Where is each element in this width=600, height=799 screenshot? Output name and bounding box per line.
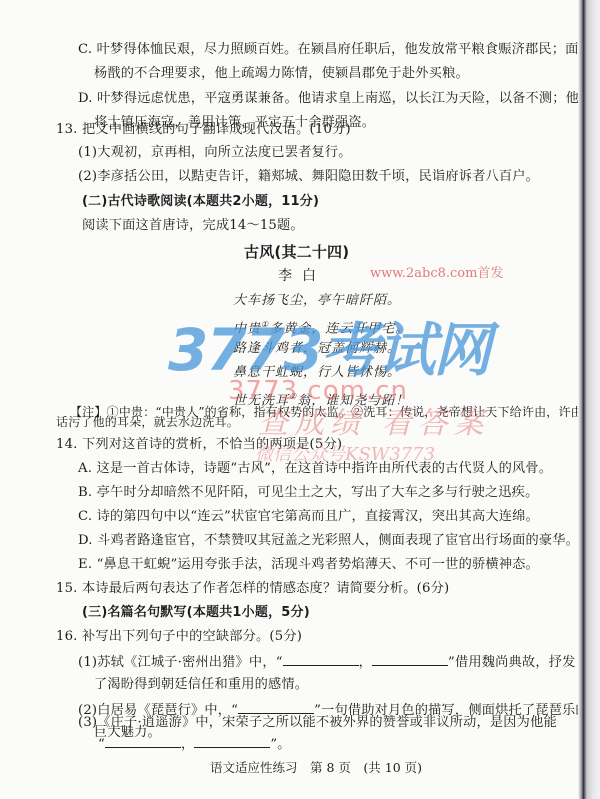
q14-option-d: D. 斗鸡者路逢宦官，不禁赞叹其冠盖之光彩照人，侧面表现了宦官出行场面的豪华。	[78, 533, 579, 549]
poem-note-cont: 话污了他的耳朵，就去水边洗耳。	[56, 414, 239, 430]
q14-option-e: E. “鼻息干虹蜺”运用夸张手法，活现斗鸡者势焰薄天、不可一世的骄横神态。	[78, 557, 539, 573]
answer-blank[interactable]	[238, 701, 314, 714]
q16-item-3-blanks: “，”。	[98, 735, 291, 753]
answer-blank[interactable]	[283, 653, 359, 666]
question-13: 13. 把文中画横线的句子翻译成现代汉语。(10分)	[56, 122, 351, 138]
answer-blank[interactable]	[372, 653, 448, 666]
scan-page-edge	[578, 0, 600, 799]
q14-option-c: C. 诗的第四句中以“连云”状宦官宅第高而且广，直接霄汉，突出其高大连绵。	[78, 509, 539, 525]
watermark-url: www.2abc8.com首发	[370, 262, 503, 281]
poem-title: 古风(其二十四)	[244, 244, 349, 260]
q12-option-c-cont: 杨戬的不合理要求，他上疏竭力陈情，使颍昌郡免于赴外买粮。	[94, 66, 469, 82]
question-16: 16. 补写出下列句子中的空缺部分。(5分)	[56, 629, 302, 645]
poem-line-1: 大车扬飞尘，亭午暗阡陌。	[233, 293, 401, 309]
poem-author: 李白	[278, 268, 326, 284]
q16-item-1: (1)苏轼《江城子·密州出猎》中，“，”借用魏尚典故，抒发	[78, 653, 575, 671]
question-15: 15. 本诗最后两句表达了作者怎样的情感态度？请简要分析。(6分)	[56, 581, 449, 597]
exam-page: C. 叶梦得体恤民艰，尽力照顾百姓。在颍昌府任职后，他发放常平粮食赈济郡民；面对…	[0, 0, 600, 799]
q12-option-d: D. 叶梦得远虑忧患，平寇勇谋兼备。他请求皇上南巡，以长江为天险，以备不测；他带	[78, 91, 592, 107]
watermark-follow: 查成绩 看答案	[258, 398, 490, 442]
section-2-heading: (二)古代诗歌阅读(本题共2小题，11分)	[82, 194, 319, 210]
page-footer: 语文适应性练习 第 8 页 (共 10 页)	[210, 758, 422, 776]
watermark-wechat: 微信公众号KSW3773	[255, 440, 435, 466]
section-3-heading: (三)名篇名句默写(本题共1小题，5分)	[82, 605, 310, 621]
q13-sentence-2: (2)李彦括公田，以黠吏告讦，籍郏城、舞阳隐田数千顷，民诣府诉者八百户。	[78, 169, 539, 185]
q13-sentence-1: (1)大观初，京再相，向所立法度已罢者复行。	[78, 145, 352, 161]
q16-item-3: (3)《庄子·逍遥游》中，宋荣子之所以能不被外界的赞誉或非议所动，是因为他能	[78, 715, 557, 731]
q14-option-b: B. 亭午时分却暗然不见阡陌，可见尘土之大，写出了大车之多与行驶之迅疾。	[78, 485, 538, 501]
watermark-logo: 3773考试网	[168, 320, 489, 380]
answer-blank[interactable]	[194, 735, 270, 748]
answer-blank[interactable]	[105, 735, 181, 748]
section-2-intro: 阅读下面这首唐诗，完成14～15题。	[82, 218, 304, 234]
q12-option-c: C. 叶梦得体恤民艰，尽力照顾百姓。在颍昌府任职后，他发放常平粮食赈济郡民；面对	[78, 42, 592, 58]
q16-item-1-cont: 了渴盼得到朝廷信任和重用的感情。	[94, 677, 308, 693]
